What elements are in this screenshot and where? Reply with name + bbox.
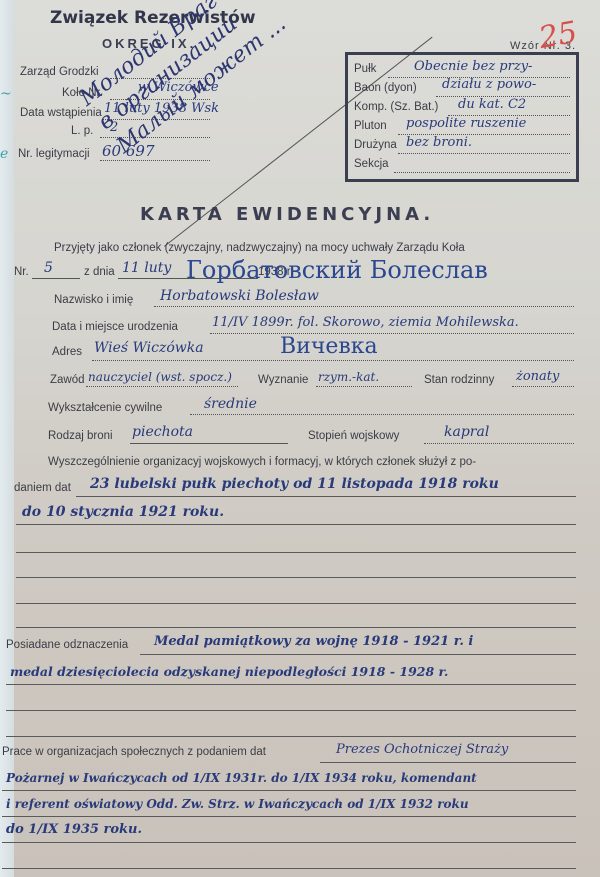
unit-label: Pułk	[354, 63, 376, 75]
service-value-2: do 10 stycznia 1921 roku.	[22, 504, 224, 520]
decorations-value: Medal pamiątkowy za wojnę 1918 - 1921 r.…	[154, 634, 473, 649]
unit-label: Drużyna	[354, 139, 397, 151]
social-work-value: Prezes Ochotniczej Straży	[336, 742, 508, 757]
field-label: L. p.	[71, 125, 93, 137]
service-value: 23 lubelski pułk piechoty od 11 listopad…	[90, 476, 499, 492]
unit-value: Obecnie bez przy-	[414, 59, 532, 74]
rank-value: kapral	[444, 424, 489, 440]
religion-label: Wyznanie	[258, 374, 308, 386]
religion-value: rzym.-kat.	[318, 370, 379, 384]
unit-value: pospolite ruszenie	[406, 116, 526, 131]
occupation-label: Zawód	[50, 374, 85, 386]
address-cyrillic: Вичевка	[280, 334, 378, 359]
membership-text: Przyjęty jako członek (zwyczajny, nadzwy…	[54, 242, 465, 254]
marital-label: Stan rodzinny	[424, 374, 494, 386]
occupation-value: nauczyciel (wst. spocz.)	[88, 370, 232, 384]
social-work-value-3: i referent oświatowy Odd. Zw. Strz. w Iw…	[6, 797, 469, 811]
address-label: Adres	[52, 346, 82, 358]
branch-label: Rodzaj broni	[48, 430, 113, 442]
red-pencil-mark: 25	[536, 15, 580, 56]
military-unit-box: Pułk Obecnie bez przy- Baon (dyon) dział…	[345, 52, 579, 182]
decorations-value-2: medal dziesięciolecia odzyskanej niepodl…	[10, 664, 448, 679]
education-label: Wykształcenie cywilne	[48, 402, 162, 414]
birth-value: 11/IV 1899r. fol. Skorowo, ziemia Mohile…	[212, 315, 519, 330]
address-value: Wieś Wiczówka	[94, 340, 204, 356]
social-work-label: Prace w organizacjach społecznych z poda…	[2, 746, 266, 758]
education-value: średnie	[204, 396, 257, 412]
birth-label: Data i miejsce urodzenia	[52, 321, 178, 333]
decorations-label: Posiadane odznaczenia	[6, 639, 128, 651]
nr-label: Nr.	[14, 266, 29, 278]
unit-value: działu z powo-	[442, 77, 536, 92]
field-label: Nr. legitymacji	[18, 148, 90, 160]
unit-label: Komp. (Sz. Bat.)	[354, 101, 438, 113]
field-line	[100, 160, 210, 161]
social-work-value-2: Pożarnej w Iwańczycach od 1/IX 1931r. do…	[6, 771, 477, 785]
date-value: 11 luty	[122, 260, 171, 276]
unit-label: Sekcja	[354, 158, 389, 170]
unit-value: du kat. C2	[458, 97, 526, 112]
rank-label: Stopień wojskowy	[308, 430, 399, 442]
side-mark: e	[0, 146, 8, 162]
unit-label: Pluton	[354, 120, 387, 132]
name-value: Horbatowski Bolesław	[160, 288, 319, 304]
unit-value: bez broni.	[406, 135, 472, 150]
name-label: Nazwisko i imię	[54, 294, 133, 306]
cyrillic-name-signature: Горбатовский Болеслав	[186, 256, 488, 284]
service-label: Wyszczególnienie organizacyj wojskowych …	[48, 456, 476, 468]
service-label-2: daniem dat	[14, 482, 71, 494]
document-title: KARTA EWIDENCYJNA.	[140, 204, 434, 225]
nr-value: 5	[44, 260, 53, 276]
unit-label: Baon (dyon)	[354, 82, 417, 94]
branch-value: piechota	[132, 424, 193, 440]
social-work-value-4: do 1/IX 1935 roku.	[6, 822, 142, 837]
field-label: Zarząd Grodzki	[20, 66, 99, 78]
side-mark: ~	[0, 86, 12, 102]
marital-value: żonaty	[516, 369, 559, 384]
date-label: z dnia	[84, 266, 115, 278]
registration-card: Związek Rezerwistów OKRĘG IX. Zarząd Gro…	[14, 0, 600, 877]
